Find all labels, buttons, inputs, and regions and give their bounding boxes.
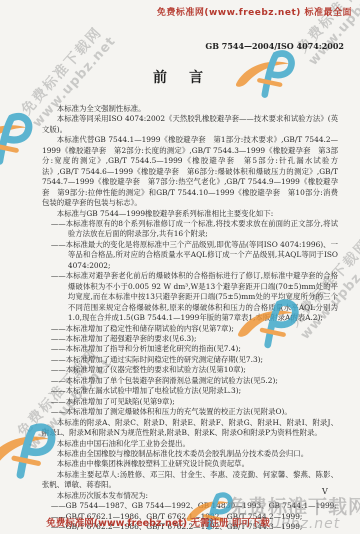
foreword-change-item: ——本标准增加了通过实际时间稳定性的研究测定储存期(见7.3); (42, 355, 338, 365)
foreword-paragraph: 本标准由全国橡胶与橡胶制品标准化技术委员会胶乳制品分技术委员会归口。 (42, 449, 338, 459)
bottom-banner-text: 免费标准网(www.freebz.net) 无需注册 即可下载 (28, 515, 288, 529)
foreword-paragraph: 本标准等同采用ISO 4074:2002《天然胶乳橡胶避孕套——技术要求和试验方… (42, 114, 338, 135)
foreword-paragraph: 本标准由中国石油和化学工业协会提出。 (42, 439, 338, 449)
foreword-change-item: ——本标准增加了单个包装避孕套润滑剂总量测定的试验方法(见5.2); (42, 376, 338, 386)
foreword-change-item: ——本标准增加了仪器完整性的要求和试验方法(见第10章); (42, 365, 338, 375)
foreword-change-item: ——本标准将原有的8个系列标准修订成一个标准,将技术要求放在前面的正文部分,将试… (42, 219, 338, 240)
foreword-paragraph: 本标准为全文强制性标准。 (42, 104, 338, 114)
foreword-change-item: ——本标准在漏水试验中增加了电检试验方法(见附录L.3); (42, 386, 338, 396)
up-logo-icon (0, 106, 38, 166)
foreword-change-item: ——本标准增加了超强避孕套的要求(见6.3); (42, 334, 338, 344)
foreword-change-item: ——本标准最大的变化是将原标准中三个产品级别,即优等品(等同ISO 4074:1… (42, 240, 338, 271)
foreword-paragraph: 本标准代替GB 7544.1—1999《橡胶避孕套 第1部分:技术要求》,GB/… (42, 135, 338, 208)
foreword-change-item: ——本标准对避孕套老化前后的爆破体积的合格指标进行了修订,原标准中避孕套的合格爆… (42, 271, 338, 323)
foreword-history-item: ——GB 7544—1987、GB 7544—1992、GB 14830—199… (42, 501, 338, 511)
scanned-standard-page: 免费标准下载网 www.upbz.net 免费标准下载网 www.upbz.ne… (0, 0, 360, 534)
foreword-change-item: ——本标准增加了测定爆破体积和压力的充气装置的校正方法(见附录O)。 (42, 407, 338, 417)
foreword-paragraph: 本标准的附录A、附录C、附录D、附录E、附录F、附录G、附录H、附录I、附录J、… (42, 418, 338, 439)
foreword-change-item: ——本标准增加了可见缺陷(见第9章); (42, 397, 338, 407)
foreword-paragraph: 本标准历次版本发布情况为: (42, 491, 338, 501)
foreword-body: 本标准为全文强制性标准。 本标准等同采用ISO 4074:2002《天然胶乳橡胶… (42, 104, 338, 533)
top-banner-text: 免费标准网(www.freebz.net) 标准最全面 (157, 5, 352, 18)
foreword-change-item: ——本标准增加了指导和分析加速老化研究的指南(见7.4); (42, 344, 338, 354)
foreword-paragraph: 本标准主要起草人:汤胜修、邓三阳、甘金生、李惠、凌克勤、何家馨、黎燕、陈影、张帆… (42, 470, 338, 491)
foreword-paragraph: 本标准与GB 7544—1999橡胶避孕套系列标准相比主要变化如下: (42, 209, 338, 219)
foreword-paragraph: 本标准由中橡集团株洲橡胶塑料工业研究设计院负责起草。 (42, 459, 338, 469)
foreword-change-item: ——本标准增加了稳定性和储存期试验的内容(见第7章); (42, 324, 338, 334)
standard-code: GB 7544—2004/ISO 4074:2002 (205, 41, 344, 51)
page-number: Ⅴ (322, 487, 328, 496)
page-title: 前 言 (0, 67, 360, 87)
